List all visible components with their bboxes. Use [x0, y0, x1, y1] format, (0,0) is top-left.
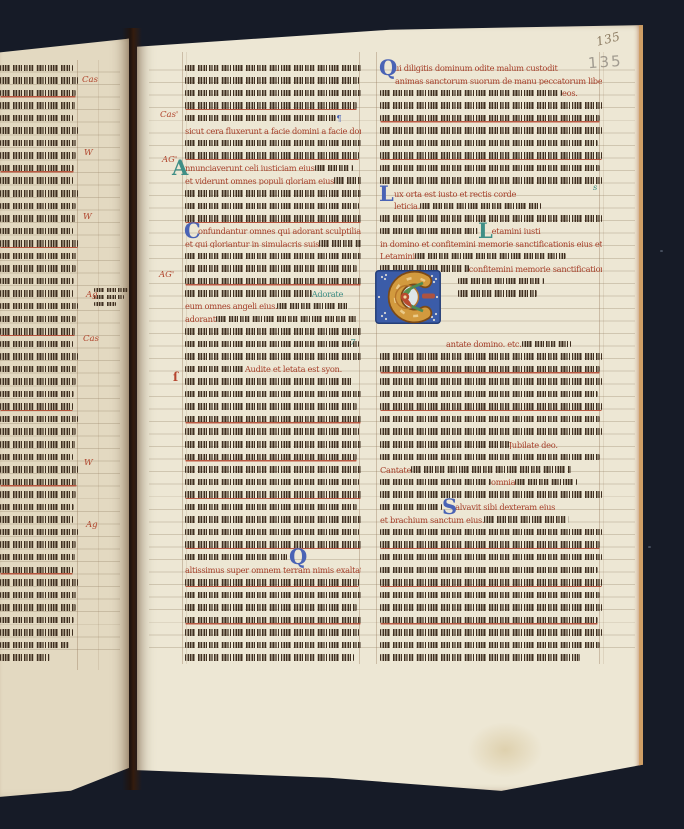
text-line: [0, 637, 78, 650]
script-text-segment: [380, 428, 602, 435]
text-line: [0, 512, 78, 525]
script-text-segment: [0, 604, 76, 611]
marginal-siglum: Ag: [86, 290, 98, 300]
text-line: [185, 374, 361, 387]
script-text-segment: [380, 604, 602, 611]
script-text-segment: [185, 341, 359, 348]
script-text-segment: [185, 378, 352, 385]
colored-word: ¶: [336, 113, 341, 123]
text-line: [0, 173, 78, 186]
script-text-segment: [380, 642, 600, 649]
illuminated-initial-C: [375, 270, 441, 328]
script-text-segment: [277, 303, 347, 310]
script-text-segment: [0, 378, 76, 385]
script-text-segment: [185, 65, 361, 72]
text-line: [380, 575, 602, 588]
psalm-text-red: ux orta est iusto et rectis corde: [394, 189, 516, 199]
text-line: Audite et letata est syon.: [185, 361, 361, 374]
psalm-text-red: confitemini memorie sanctificationis: [469, 264, 602, 274]
text-line: [380, 424, 602, 437]
script-text-segment: [0, 529, 78, 536]
text-line: Cantate: [380, 462, 602, 475]
gloss-text-line: [94, 288, 128, 294]
script-text-segment: [319, 240, 361, 247]
psalm-text-red: Jubilate deo.: [509, 440, 558, 450]
script-text-segment: [185, 604, 357, 611]
psalm-text-red: eos.: [562, 88, 578, 98]
script-text-segment: [0, 127, 78, 134]
psalm-text-red: ui diligitis dominum odite malum custodi…: [394, 63, 558, 73]
text-line: [0, 361, 78, 374]
script-text-segment: [0, 567, 73, 574]
script-text-segment: [0, 341, 73, 348]
text-line: [185, 650, 361, 663]
text-line: [0, 211, 78, 224]
script-text-segment: [380, 479, 491, 486]
marginal-siglum: W: [83, 212, 92, 222]
colored-word: Adorate: [312, 289, 343, 299]
script-text-segment: [380, 567, 598, 574]
script-text-segment: [415, 253, 566, 260]
script-text-segment: [185, 416, 361, 423]
psalm-text-red: leticia.: [394, 201, 420, 211]
ruling-line-vertical: [376, 52, 377, 664]
script-text-segment: [380, 140, 598, 147]
script-text-segment: [0, 278, 74, 285]
text-line: [380, 625, 602, 638]
script-text-segment: [380, 228, 478, 235]
psalm-text-red: et brachium sanctum eius.: [380, 515, 484, 525]
script-text-segment: [185, 253, 361, 260]
initial-letter-L: L: [478, 220, 493, 241]
text-column-middle: ¶sicut cera fluxerunt a facie domini a f…: [185, 60, 361, 665]
text-line: [185, 437, 361, 450]
script-text-segment: [380, 504, 442, 511]
text-line: [185, 186, 361, 199]
text-line: [450, 324, 602, 337]
text-line: [0, 73, 78, 86]
script-text-segment: [380, 391, 598, 398]
script-text-segment: [0, 328, 75, 335]
text-line: [185, 537, 361, 550]
text-line: [185, 98, 361, 111]
script-text-segment: [0, 177, 73, 184]
ruling-line-vertical: [182, 52, 183, 664]
text-line: [380, 123, 602, 136]
script-text-segment: [0, 617, 74, 624]
initial-letter-L: L: [379, 183, 394, 204]
illuminated-initial-artwork: [375, 270, 441, 324]
text-line: [185, 424, 361, 437]
text-line: [380, 487, 602, 500]
script-text-segment: [380, 177, 602, 184]
text-line: [0, 549, 78, 562]
script-text-segment: [380, 416, 600, 423]
text-line: antate domino. etc.: [446, 336, 602, 349]
script-text-segment: [380, 441, 509, 448]
script-text-segment: [0, 504, 74, 511]
script-text-segment: [0, 491, 76, 498]
psalm-text-red: adorant: [185, 314, 216, 324]
script-text-segment: [411, 466, 571, 473]
script-text-segment: [185, 391, 361, 398]
text-line: animas sanctorum suorum de manu peccator…: [395, 73, 602, 86]
text-line: [0, 424, 78, 437]
text-line: [0, 625, 78, 638]
text-line: adorant: [185, 311, 361, 324]
psalm-text-red: onfundantur omnes qui adorant sculptilia: [198, 226, 361, 236]
text-line: [0, 449, 78, 462]
script-text-segment: [0, 629, 73, 636]
text-line: [0, 110, 78, 123]
script-text-segment: [0, 403, 73, 410]
text-line: [0, 311, 78, 324]
script-text-segment: [0, 316, 76, 323]
script-text-segment: [185, 579, 359, 586]
text-line: [0, 286, 78, 299]
script-text-segment: [185, 654, 354, 661]
psalm-text-red: antate domino. etc.: [446, 339, 522, 349]
text-line: [185, 148, 361, 161]
text-line: [185, 612, 361, 625]
script-text-segment: [185, 554, 287, 561]
text-line: [380, 537, 602, 550]
text-line: [0, 85, 78, 98]
psalm-text-red: sicut cera fluxerunt a facie domini a fa…: [185, 126, 361, 136]
script-text-segment: [380, 654, 580, 661]
script-text-segment: [0, 140, 77, 147]
script-text-segment: [185, 102, 357, 109]
text-line: et brachium sanctum eius.: [380, 512, 602, 525]
script-text-segment: [380, 454, 600, 461]
script-text-segment: [458, 278, 544, 285]
text-line: [185, 85, 361, 98]
text-line: [380, 148, 602, 161]
script-text-segment: [380, 579, 602, 586]
initial-letter-C: C: [184, 220, 201, 241]
text-line: [380, 587, 602, 600]
script-text-segment: [185, 617, 361, 624]
text-line: ux orta est iusto et rectis corde: [380, 186, 602, 199]
text-line: [185, 411, 361, 424]
text-line: [0, 236, 78, 249]
script-text-segment: [185, 541, 361, 548]
script-text-segment: [185, 278, 361, 285]
text-line: [185, 637, 361, 650]
initial-letter-S: S: [442, 496, 457, 517]
text-line: [0, 60, 78, 73]
text-line: [185, 261, 361, 274]
script-text-segment: [0, 479, 77, 486]
script-text-segment: [185, 152, 359, 159]
dust-speck: [660, 250, 663, 252]
text-line: [450, 311, 602, 324]
text-line: [0, 186, 78, 199]
text-line: nnunciaverunt celi iusticiam eius: [185, 160, 361, 173]
script-text-segment: [380, 378, 602, 385]
script-text-segment: [0, 554, 75, 561]
text-line: [185, 60, 361, 73]
text-line: [380, 110, 602, 123]
script-text-segment: [185, 592, 361, 599]
text-line: [380, 411, 602, 424]
facing-page-left: CasWWAgCasWAg: [0, 34, 129, 800]
text-line: [458, 273, 602, 286]
text-line: [458, 286, 602, 299]
text-line: [380, 374, 602, 387]
script-text-segment: [484, 516, 568, 523]
text-line: [380, 361, 602, 374]
script-text-segment: [185, 642, 361, 649]
text-line: [380, 399, 602, 412]
text-line: [380, 386, 602, 399]
script-text-segment: [185, 77, 359, 84]
script-text-segment: [185, 353, 361, 360]
text-line: [380, 449, 602, 462]
text-line: [380, 562, 602, 575]
script-text-segment: [515, 479, 577, 486]
text-line: [0, 487, 78, 500]
script-text-segment: [0, 115, 73, 122]
text-line: [0, 123, 78, 136]
script-text-segment: [380, 554, 602, 561]
text-line: [185, 587, 361, 600]
script-text-segment: [0, 366, 77, 373]
script-text-segment: [0, 90, 76, 97]
text-line: Adorate: [185, 286, 361, 299]
script-text-segment: [380, 617, 598, 624]
text-line: [450, 298, 602, 311]
text-line: [185, 336, 361, 349]
text-line: onfundantur omnes qui adorant sculptilia: [185, 223, 361, 236]
script-text-segment: [0, 240, 78, 247]
text-line: [185, 135, 361, 148]
script-text-segment: [0, 654, 50, 661]
script-text-segment: [380, 366, 600, 373]
left-page-text-column: [0, 60, 78, 665]
script-text-segment: [380, 353, 602, 360]
script-text-segment: [185, 428, 359, 435]
script-text-segment: [0, 303, 78, 310]
script-text-segment: [380, 127, 602, 134]
script-text-segment: [94, 302, 116, 306]
script-text-segment: [0, 65, 73, 72]
script-text-segment: [216, 316, 357, 323]
psalm-text-red: animas sanctorum suorum de manu peccator…: [395, 76, 602, 86]
script-text-segment: [185, 516, 361, 523]
manuscript-photo: CasWWAgCasWAg 135 135 ¶sicut cera fluxer…: [0, 0, 684, 829]
text-line: [0, 612, 78, 625]
text-line: [185, 474, 361, 487]
text-line: Jubilate deo.: [380, 437, 602, 450]
text-line: [0, 160, 78, 173]
script-text-segment: [185, 328, 361, 335]
text-line: [185, 487, 361, 500]
script-text-segment: [0, 466, 78, 473]
text-line: [0, 223, 78, 236]
script-text-segment: [185, 90, 361, 97]
text-line: eos.: [380, 85, 602, 98]
script-text-segment: [380, 491, 602, 498]
script-text-segment: [380, 165, 600, 172]
script-text-segment: [185, 403, 357, 410]
script-text-segment: [380, 403, 602, 410]
text-line: [380, 349, 602, 362]
text-line: [0, 261, 78, 274]
text-line: [0, 148, 78, 161]
script-text-segment: [420, 203, 541, 210]
text-line: [0, 411, 78, 424]
text-line: omnia: [380, 474, 602, 487]
text-line: [0, 198, 78, 211]
text-line: altissimus super omnem terram nimis exal…: [185, 562, 361, 575]
script-text-segment: [0, 579, 78, 586]
script-text-segment: [94, 288, 128, 292]
script-text-segment: [380, 541, 600, 548]
script-text-segment: [0, 516, 73, 523]
psalm-text-red: altissimus super omnem terram nimis exal…: [185, 565, 361, 575]
main-page-recto: 135 135 ¶sicut cera fluxerunt a facie do…: [137, 22, 643, 794]
script-text-segment: [0, 228, 73, 235]
text-line: [185, 524, 361, 537]
text-line: [380, 612, 602, 625]
script-text-segment: [0, 165, 74, 172]
text-line: [0, 135, 78, 148]
text-line: [185, 324, 361, 337]
psalm-text-red: Letamini: [380, 251, 415, 261]
script-text-segment: [0, 102, 75, 109]
script-text-segment: [0, 253, 77, 260]
marginal-siglum: W: [84, 458, 93, 468]
script-text-segment: [380, 115, 600, 122]
text-line: eum omnes angeli eius.: [185, 298, 361, 311]
text-line: [185, 349, 361, 362]
text-line: ¶: [185, 110, 361, 123]
text-line: [0, 575, 78, 588]
marginal-siglum: Cas': [160, 110, 178, 120]
dust-speck: [648, 546, 651, 548]
text-line: [185, 512, 361, 525]
text-line: [185, 449, 361, 462]
text-line: [380, 637, 602, 650]
initial-letter-A: A: [172, 157, 188, 178]
text-line: [0, 600, 78, 613]
marginal-siglum: 7: [350, 338, 355, 348]
script-text-segment: [185, 190, 361, 197]
ruling-line-vertical: [98, 60, 99, 670]
script-text-segment: [185, 629, 359, 636]
script-text-segment: [185, 290, 312, 297]
text-line: [0, 248, 78, 261]
text-line: [380, 524, 602, 537]
psalm-text-red: et viderunt omnes populi gloriam eius: [185, 176, 334, 186]
script-text-segment: [185, 466, 361, 473]
text-line: [185, 273, 361, 286]
text-line: [0, 462, 78, 475]
script-text-segment: [0, 592, 77, 599]
text-line: [185, 499, 361, 512]
script-text-segment: [185, 454, 357, 461]
script-text-segment: [380, 592, 600, 599]
text-line: [380, 650, 602, 663]
psalm-text-red: omnia: [491, 477, 515, 487]
script-text-segment: [94, 295, 124, 299]
text-line: et viderunt omnes populi gloriam eius: [185, 173, 361, 186]
text-line: sicut cera fluxerunt a facie domini a fa…: [185, 123, 361, 136]
script-text-segment: [185, 479, 359, 486]
gloss-text-line: [94, 302, 116, 308]
text-line: [0, 374, 78, 387]
script-text-segment: [315, 165, 354, 172]
text-line: [185, 600, 361, 613]
script-text-segment: [185, 441, 361, 448]
script-text-segment: [0, 190, 78, 197]
text-line: [0, 499, 78, 512]
text-line: [0, 336, 78, 349]
marginal-siglum: Cas: [82, 75, 98, 85]
text-line: [185, 575, 361, 588]
script-text-segment: [0, 203, 76, 210]
script-text-segment: [0, 428, 76, 435]
text-line: [185, 549, 361, 562]
marginal-siglum: Cas: [83, 334, 99, 344]
script-text-segment: [185, 115, 336, 122]
text-line: [0, 524, 78, 537]
text-line: [185, 625, 361, 638]
psalm-text-red: etamini iusti: [492, 226, 541, 236]
script-text-segment: [0, 215, 75, 222]
initial-letter-Q: Q: [289, 546, 307, 567]
folio-number-ink: 135: [595, 29, 622, 48]
text-line: [0, 587, 78, 600]
script-text-segment: [185, 140, 361, 147]
text-line: [0, 386, 78, 399]
psalm-text-red: et qui gloriantur in simulacris suis: [185, 239, 319, 249]
text-line: [185, 198, 361, 211]
script-text-segment: [185, 265, 357, 272]
script-text-segment: [0, 391, 74, 398]
script-text-segment: [185, 491, 361, 498]
script-text-segment: [0, 416, 78, 423]
script-text-segment: [380, 152, 602, 159]
text-line: [380, 600, 602, 613]
text-line: [0, 298, 78, 311]
script-text-segment: [185, 215, 361, 222]
initial-letter-ſ: ſ: [173, 371, 178, 383]
text-line: [0, 537, 78, 550]
text-line: [380, 160, 602, 173]
text-line: [185, 211, 361, 224]
text-line: [380, 98, 602, 111]
marginal-siglum: Ag: [86, 520, 98, 530]
script-text-segment: [185, 504, 357, 511]
script-text-segment: [522, 341, 572, 348]
initial-letter-Q: Q: [379, 57, 397, 78]
text-line: [0, 650, 78, 663]
script-text-segment: [458, 290, 537, 297]
text-line: et qui gloriantur in simulacris suis: [185, 236, 361, 249]
gloss-text-line: [94, 295, 124, 301]
psalm-text-red: nnunciaverunt celi iusticiam eius: [185, 163, 315, 173]
script-text-segment: [185, 203, 359, 210]
text-line: [0, 437, 78, 450]
text-line: [380, 135, 602, 148]
script-text-segment: [185, 366, 245, 373]
text-line: alvavit sibi dexteram eius: [380, 499, 602, 512]
text-line: [380, 173, 602, 186]
script-text-segment: [380, 90, 562, 97]
text-line: [0, 474, 78, 487]
